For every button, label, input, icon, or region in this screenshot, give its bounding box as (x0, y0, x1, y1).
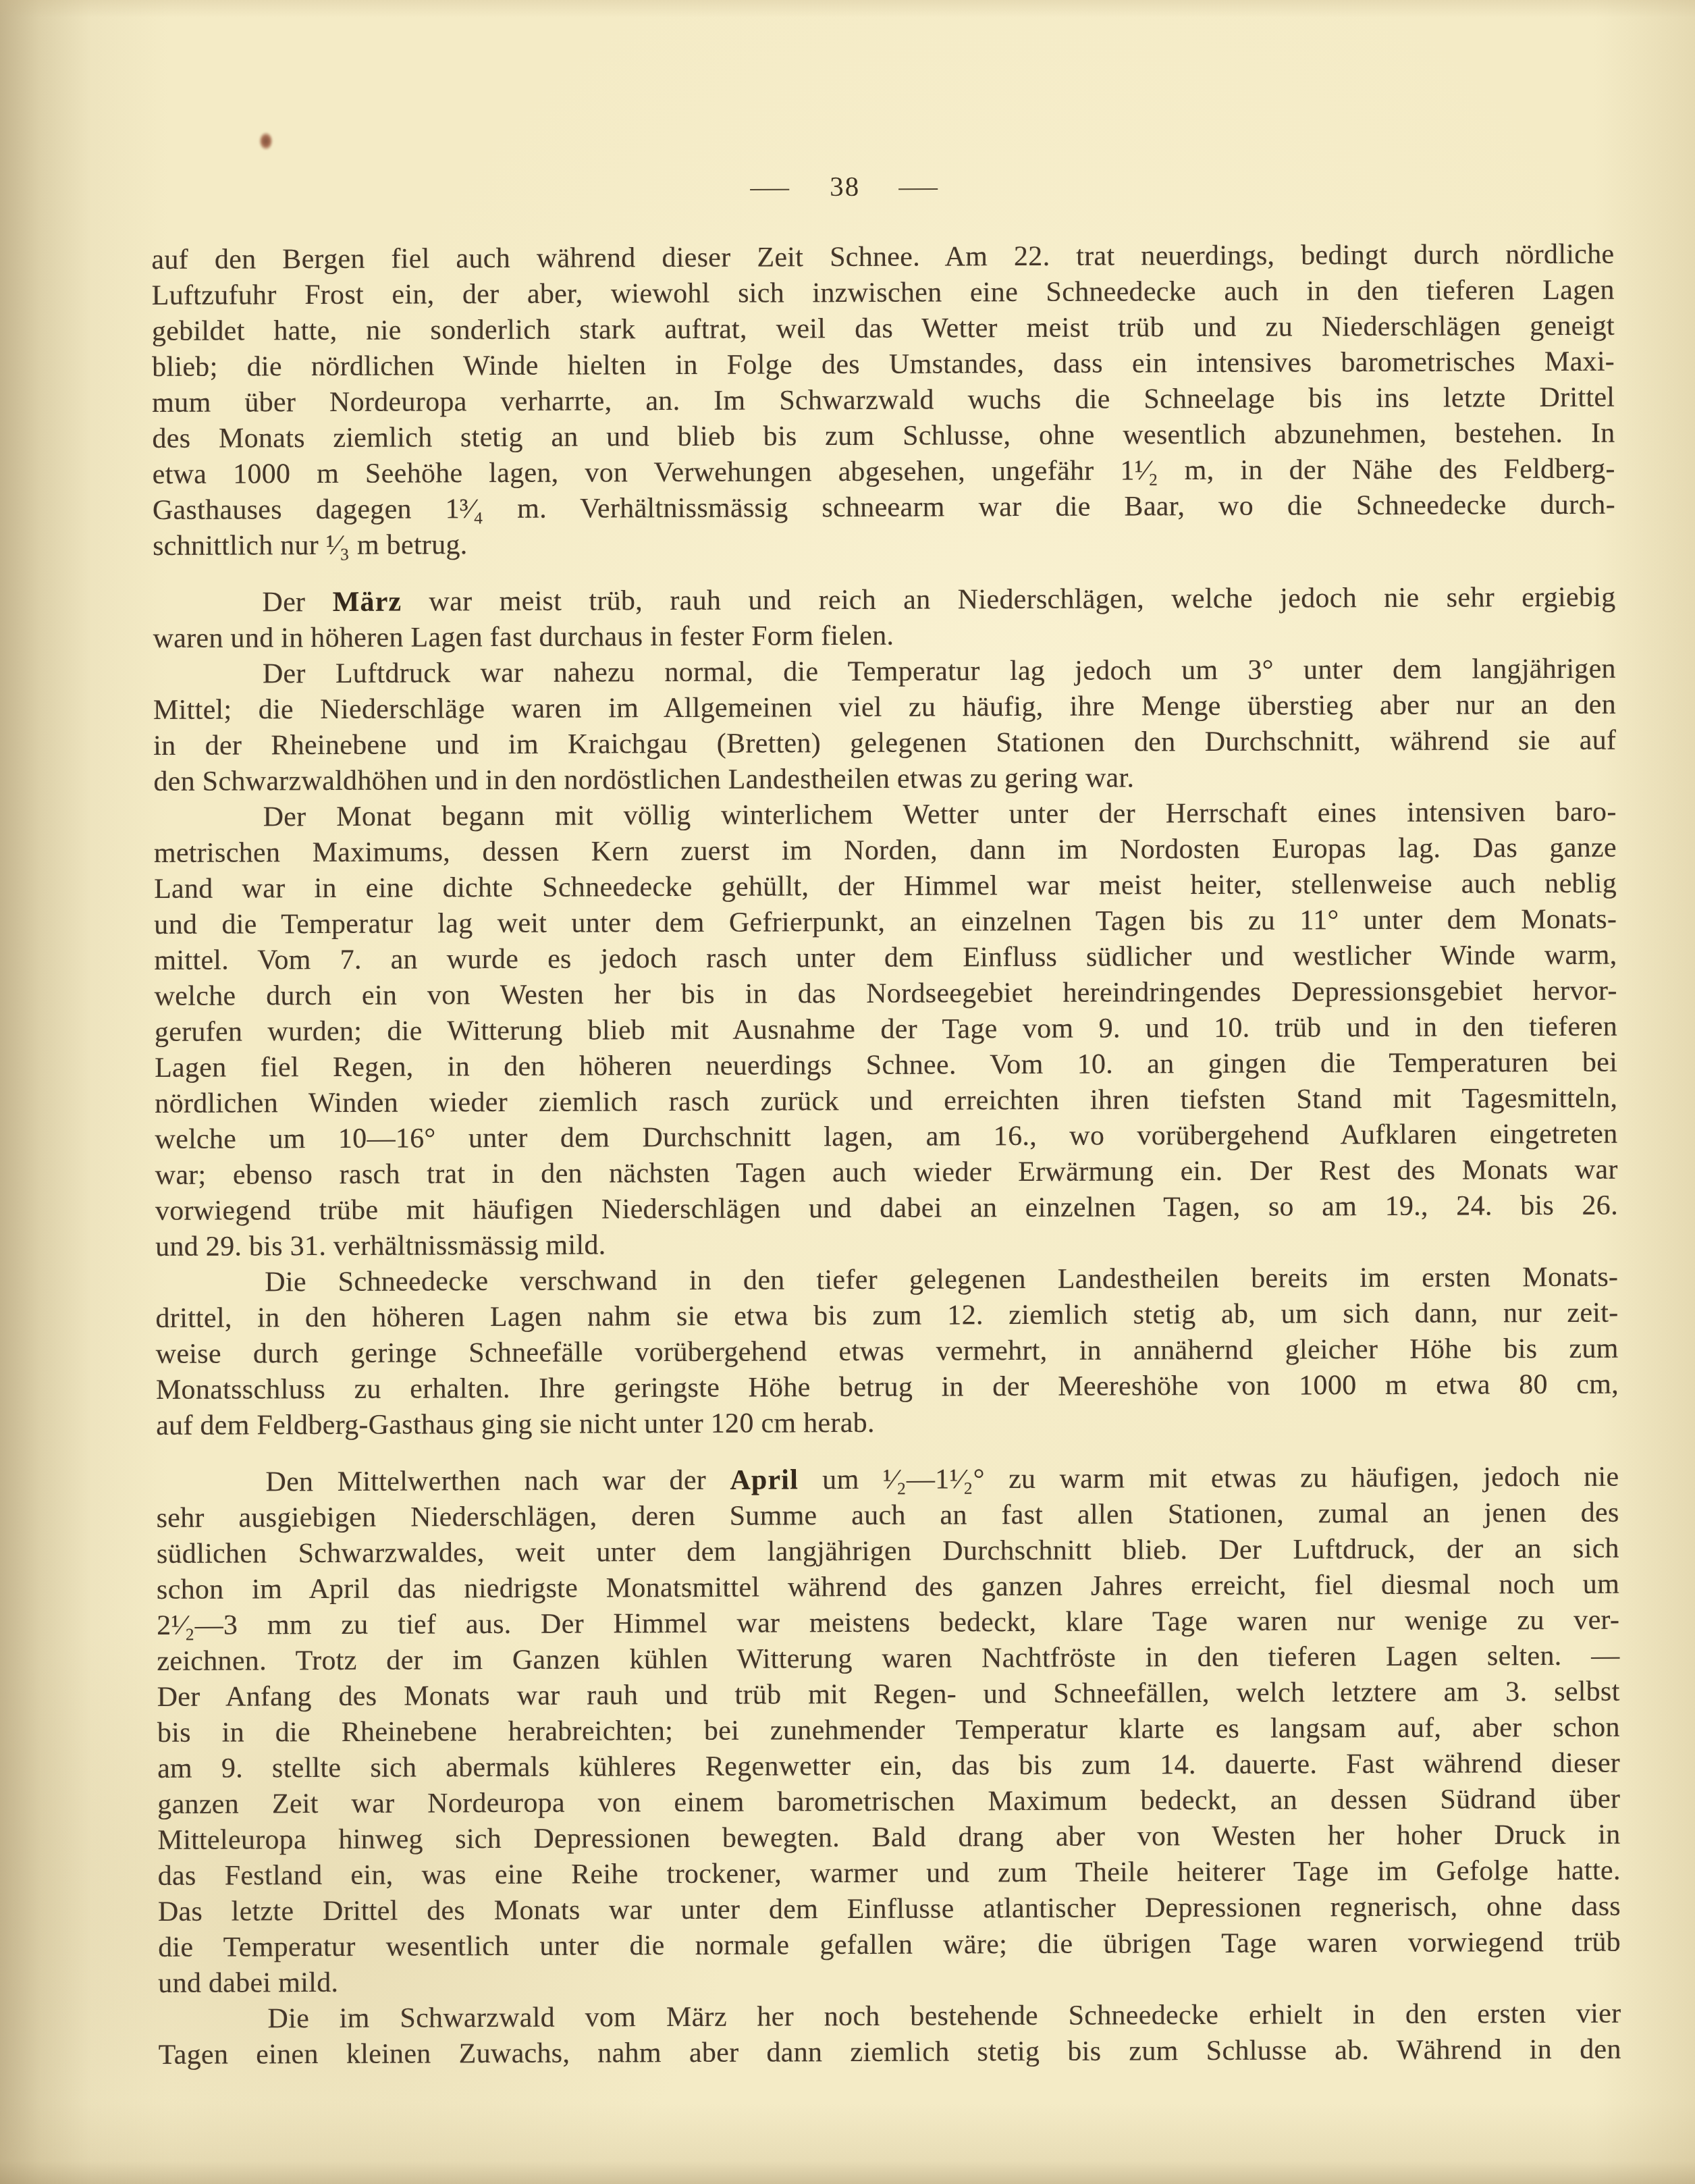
text-segment: Land war in eine dichte Schneedecke gehü… (154, 868, 1617, 905)
text-line: welche um 10—16° unter dem Durchschnitt … (155, 1117, 1617, 1158)
text-segment: welche durch ein von Westen her bis in d… (155, 976, 1617, 1012)
text-line: auf dem Feldberg-Gasthaus ging sie nicht… (156, 1403, 1619, 1444)
text-segment: das Festland ein, was eine Reihe trocken… (158, 1855, 1621, 1892)
text-line: Lagen fiel Regen, in den höheren neuerdi… (155, 1045, 1617, 1086)
text-segment: Monatsschluss zu erhalten. Ihre geringst… (156, 1369, 1619, 1406)
page-number: 38 (830, 170, 860, 203)
paragraph: Den Mittelwerthen nach war der April um … (156, 1460, 1621, 2002)
text-line: zeichnen. Trotz der im Ganzen kühlen Wit… (157, 1639, 1619, 1680)
text-segment: ganzen Zeit war Nordeuropa von einem bar… (157, 1784, 1620, 1820)
text-line: Gasthauses dagegen 1³⁄₄ m. Verhältnissmä… (153, 487, 1615, 529)
text-line: und 29. bis 31. verhältnissmässig mild. (155, 1224, 1618, 1265)
text-segment: Tagen einen kleinen Zuwachs, nahm aber d… (159, 2034, 1621, 2071)
paragraph: Die Schneedecke verschwand in den tiefer… (155, 1260, 1619, 1444)
text-segment: Mittel; die Niederschläge waren im Allge… (153, 689, 1616, 726)
text-line: Den Mittelwerthen nach war der April um … (156, 1460, 1619, 1501)
text-segment: die Temperatur wesentlich unter die norm… (158, 1927, 1621, 1963)
text-line: welche durch ein von Westen her bis in d… (155, 974, 1617, 1015)
page-header: — 38 — (0, 167, 1692, 206)
text-segment: drittel, in den höheren Lagen nahm sie e… (155, 1298, 1618, 1334)
text-line: Die Schneedecke verschwand in den tiefer… (155, 1260, 1618, 1301)
month-name-bold: März (332, 587, 402, 618)
text-line: gerufen wurden; die Witterung blieb mit … (155, 1009, 1617, 1050)
text-segment: Der Luftdruck war nahezu normal, die Tem… (263, 654, 1616, 690)
text-line: Der Luftdruck war nahezu normal, die Tem… (153, 651, 1616, 693)
text-segment: Lagen fiel Regen, in den höheren neuerdi… (155, 1047, 1617, 1084)
text-segment: in der Rheinebene und im Kraichgau (Bret… (153, 725, 1616, 762)
paragraph: Der März war meist trüb, rauh und reich … (153, 580, 1615, 657)
text-line: das Festland ein, was eine Reihe trocken… (158, 1853, 1621, 1894)
text-segment: Die im Schwarzwald vom März her noch bes… (267, 1998, 1621, 2035)
text-segment: mum über Nordeuropa verharrte, an. Im Sc… (152, 382, 1615, 419)
text-line: sehr ausgiebigen Niederschlägen, deren S… (157, 1495, 1619, 1537)
text-segment: Der (262, 587, 332, 618)
text-line: des Monats ziemlich stetig an und blieb … (152, 416, 1615, 457)
header-right-dash: — (898, 169, 939, 202)
text-segment: Gasthauses dagegen 1³⁄₄ m. Verhältnissmä… (153, 489, 1615, 526)
text-segment: Das letzte Drittel des Monats war unter … (158, 1891, 1621, 1927)
text-line: schnittlich nur ¹⁄₃ m betrug. (153, 523, 1615, 564)
text-segment: zeichnen. Trotz der im Ganzen kühlen Wit… (157, 1641, 1619, 1677)
text-block: auf den Bergen fiel auch während dieser … (151, 237, 1621, 2073)
text-segment: Der Monat begann mit völlig winterlichem… (263, 797, 1617, 833)
text-segment: metrischen Maximums, dessen Kern zuerst … (154, 832, 1617, 869)
text-line: Die im Schwarzwald vom März her noch bes… (158, 1996, 1621, 2037)
text-segment: nördlichen Winden wieder ziemlich rasch … (155, 1083, 1617, 1119)
text-line: und die Temperatur lag weit unter dem Ge… (154, 902, 1617, 943)
text-line: bis in die Rheinebene herabreichten; bei… (157, 1710, 1620, 1751)
paragraph: Der Luftdruck war nahezu normal, die Tem… (153, 651, 1617, 800)
paragraph: auf den Bergen fiel auch während dieser … (151, 237, 1615, 564)
text-segment: mittel. Vom 7. an wurde es jedoch rasch … (154, 940, 1617, 976)
text-line: Der Anfang des Monats war rauh und trüb … (157, 1674, 1620, 1715)
month-name-bold: April (730, 1464, 799, 1495)
text-line: waren und in höheren Lagen fast durchaus… (153, 616, 1616, 657)
text-segment: um ¹⁄₂—1¹⁄₂° zu warm mit etwas zu häufig… (799, 1462, 1619, 1496)
text-segment: Mitteleuropa hinweg sich Depressionen be… (157, 1819, 1620, 1856)
text-segment: und die Temperatur lag weit unter dem Ge… (154, 904, 1617, 940)
text-line: vorwiegend trübe mit häufigen Niederschl… (155, 1188, 1618, 1229)
text-segment: am 9. stellte sich abermals kühleres Reg… (157, 1748, 1620, 1784)
paragraph: Die im Schwarzwald vom März her noch bes… (158, 1996, 1621, 2073)
text-segment: des Monats ziemlich stetig an und blieb … (152, 418, 1615, 454)
text-segment: den Schwarzwaldhöhen und in den nordöstl… (153, 762, 1134, 797)
text-segment: und 29. bis 31. verhältnissmässig mild. (155, 1229, 606, 1262)
text-line: metrischen Maximums, dessen Kern zuerst … (154, 830, 1617, 872)
text-segment: gerufen wurden; die Witterung blieb mit … (155, 1011, 1617, 1048)
paragraph: Der Monat begann mit völlig winterlichem… (154, 795, 1619, 1265)
text-line: Mittel; die Niederschläge waren im Allge… (153, 687, 1616, 728)
text-line: ganzen Zeit war Nordeuropa von einem bar… (157, 1782, 1620, 1823)
text-segment: waren und in höheren Lagen fast durchaus… (153, 620, 894, 654)
text-line: nördlichen Winden wieder ziemlich rasch … (155, 1081, 1617, 1122)
text-line: Mitteleuropa hinweg sich Depressionen be… (157, 1817, 1620, 1859)
text-line: auf den Bergen fiel auch während dieser … (151, 237, 1614, 278)
text-segment: vorwiegend trübe mit häufigen Niederschl… (155, 1190, 1618, 1227)
text-segment: sehr ausgiebigen Niederschlägen, deren S… (157, 1497, 1619, 1534)
text-line: schon im April das niedrigste Monatsmitt… (157, 1567, 1619, 1608)
text-line: den Schwarzwaldhöhen und in den nordöstl… (153, 759, 1616, 800)
text-line: mum über Nordeuropa verharrte, an. Im Sc… (152, 380, 1615, 421)
text-segment: gebildet hatte, nie sonderlich stark auf… (152, 311, 1615, 347)
text-segment: auf dem Feldberg-Gasthaus ging sie nicht… (156, 1408, 875, 1441)
page-content: — 38 — auf den Bergen fiel auch während … (0, 0, 1695, 2184)
text-line: gebildet hatte, nie sonderlich stark auf… (152, 309, 1615, 350)
text-line: weise durch geringe Schneefälle vorüberg… (156, 1331, 1619, 1373)
text-line: mittel. Vom 7. an wurde es jedoch rasch … (154, 938, 1617, 979)
text-line: Das letzte Drittel des Monats war unter … (158, 1889, 1621, 1930)
header-left-dash: — (750, 170, 790, 203)
text-line: südlichen Schwarzwaldes, weit unter dem … (157, 1531, 1619, 1572)
text-segment: und dabei mild. (158, 1967, 338, 1999)
scanned-document-page: { "header": { "left_dash": "—", "page_nu… (0, 0, 1695, 2184)
text-line: Der März war meist trüb, rauh und reich … (153, 580, 1615, 621)
text-segment: auf den Bergen fiel auch während dieser … (151, 239, 1614, 275)
text-segment: war; ebenso rasch trat in den nächsten T… (155, 1154, 1618, 1191)
text-segment: Luftzufuhr Frost ein, der aber, wiewohl … (152, 275, 1615, 311)
text-line: Land war in eine dichte Schneedecke gehü… (154, 866, 1617, 907)
text-line: war; ebenso rasch trat in den nächsten T… (155, 1152, 1618, 1194)
text-segment: schnittlich nur ¹⁄₃ m betrug. (153, 529, 468, 562)
text-line: drittel, in den höheren Lagen nahm sie e… (155, 1296, 1618, 1337)
text-segment: blieb; die nördlichen Winde hielten in F… (152, 346, 1615, 383)
text-line: Der Monat begann mit völlig winterlichem… (154, 795, 1617, 836)
text-segment: Der Anfang des Monats war rauh und trüb … (157, 1676, 1620, 1713)
text-line: 2¹⁄₂—3 mm zu tief aus. Der Himmel war me… (157, 1603, 1619, 1644)
text-line: Tagen einen kleinen Zuwachs, nahm aber d… (159, 2032, 1621, 2073)
text-segment: 2¹⁄₂—3 mm zu tief aus. Der Himmel war me… (157, 1605, 1619, 1641)
text-segment: war meist trüb, rauh und reich an Nieder… (402, 582, 1615, 618)
text-segment: etwa 1000 m Seehöhe lagen, von Verwehung… (153, 454, 1615, 490)
text-line: etwa 1000 m Seehöhe lagen, von Verwehung… (153, 452, 1615, 493)
text-line: und dabei mild. (158, 1961, 1621, 2002)
text-line: am 9. stellte sich abermals kühleres Reg… (157, 1746, 1620, 1787)
text-line: die Temperatur wesentlich unter die norm… (158, 1925, 1621, 1966)
text-segment: welche um 10—16° unter dem Durchschnitt … (155, 1119, 1617, 1155)
text-segment: Den Mittelwerthen nach war der (265, 1465, 730, 1498)
text-segment: bis in die Rheinebene herabreichten; bei… (157, 1712, 1620, 1749)
text-segment: Die Schneedecke verschwand in den tiefer… (265, 1262, 1618, 1298)
text-segment: südlichen Schwarzwaldes, weit unter dem … (157, 1533, 1619, 1570)
text-line: Luftzufuhr Frost ein, der aber, wiewohl … (152, 273, 1615, 314)
text-line: Monatsschluss zu erhalten. Ihre geringst… (156, 1367, 1619, 1408)
text-segment: schon im April das niedrigste Monatsmitt… (157, 1569, 1619, 1605)
text-line: in der Rheinebene und im Kraichgau (Bret… (153, 723, 1616, 764)
text-segment: weise durch geringe Schneefälle vorüberg… (156, 1333, 1619, 1370)
text-line: blieb; die nördlichen Winde hielten in F… (152, 344, 1615, 385)
